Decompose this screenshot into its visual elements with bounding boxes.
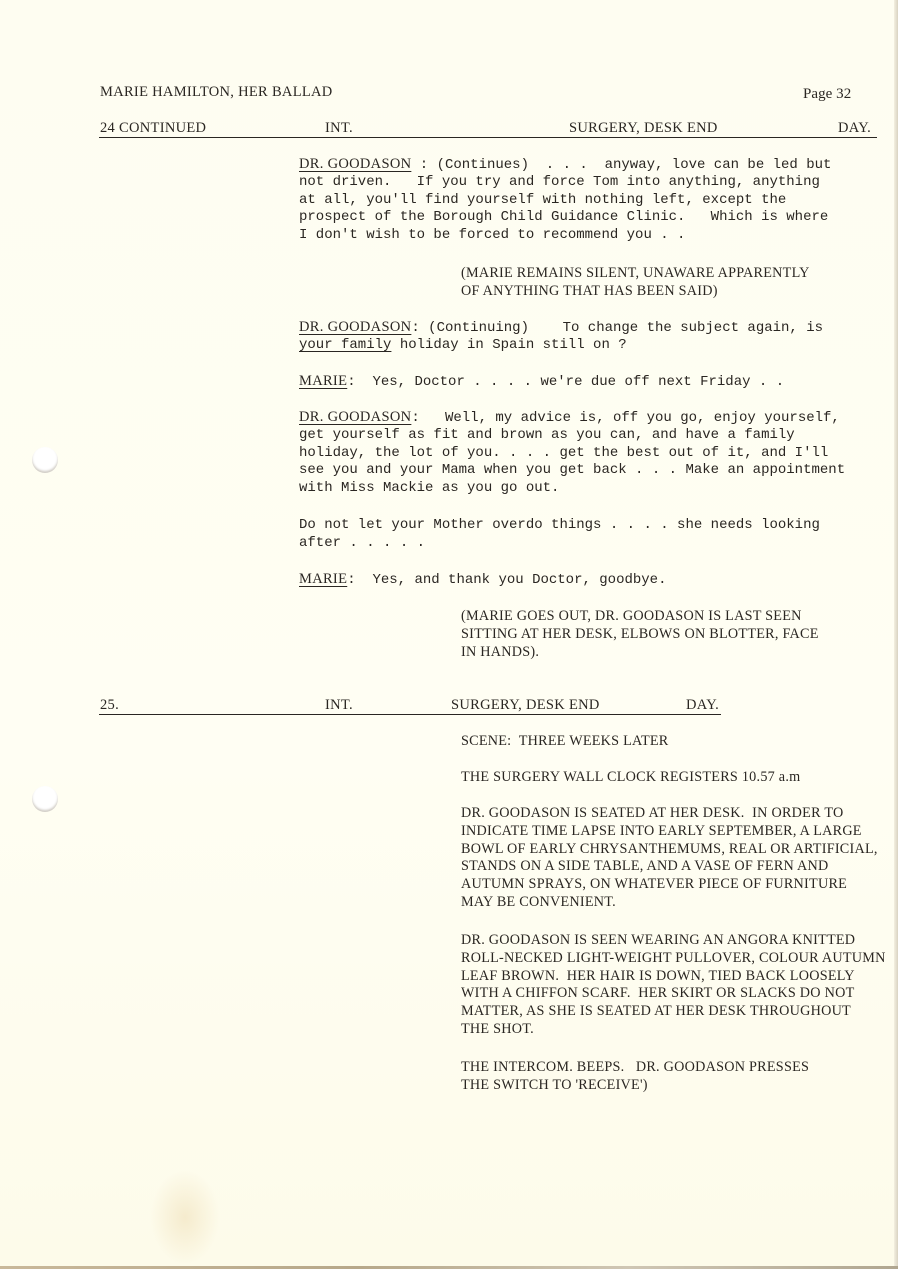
scene-description-2: DR. GOODASON IS SEEN WEARING AN ANGORA K… — [461, 932, 886, 1039]
page-number: Page 32 — [803, 86, 851, 104]
speaker-name: DR. GOODASON — [299, 319, 411, 335]
speaker-name: DR. GOODASON — [299, 156, 411, 172]
punch-hole-top — [32, 447, 58, 473]
dialogue-marie-1: MARIE: Yes, Doctor . . . . we're due off… — [299, 373, 784, 391]
scene-number: 25. — [100, 697, 119, 715]
script-page: MARIE HAMILTON, HER BALLAD Page 32 24 CO… — [0, 0, 898, 1269]
scene-int: INT. — [325, 697, 353, 715]
speaker-name: DR. GOODASON — [299, 409, 411, 425]
scene-description-1: DR. GOODASON IS SEATED AT HER DESK. IN O… — [461, 805, 878, 912]
paper-stain — [150, 1170, 220, 1265]
scene-number: 24 CONTINUED — [100, 120, 206, 138]
dialogue-marie-2: MARIE: Yes, and thank you Doctor, goodby… — [299, 571, 667, 589]
stage-direction-2: (MARIE GOES OUT, DR. GOODASON IS LAST SE… — [461, 608, 819, 661]
dialogue-goodason-3: DR. GOODASON: Well, my advice is, off yo… — [299, 409, 845, 498]
scene-time: DAY. — [838, 120, 871, 138]
script-title: MARIE HAMILTON, HER BALLAD — [100, 84, 333, 102]
punch-hole-bottom — [32, 786, 58, 812]
paper-edge-right — [894, 0, 898, 1269]
speaker-name: MARIE — [299, 571, 347, 587]
scene-note: SCENE: THREE WEEKS LATER — [461, 733, 669, 751]
dialogue-goodason-4: Do not let your Mother overdo things . .… — [299, 517, 820, 553]
scene-heading-rule — [99, 714, 721, 715]
scene-description-3: THE INTERCOM. BEEPS. DR. GOODASON PRESSE… — [461, 1059, 809, 1095]
speaker-name: MARIE — [299, 373, 347, 389]
dialogue-goodason-1: DR. GOODASON : (Continues) . . . anyway,… — [299, 156, 831, 245]
scene-int: INT. — [325, 120, 353, 138]
scene-time: DAY. — [686, 697, 719, 715]
clock-note: THE SURGERY WALL CLOCK REGISTERS 10.57 a… — [461, 769, 800, 787]
scene-location: SURGERY, DESK END — [569, 120, 718, 138]
dialogue-goodason-2: DR. GOODASON: (Continuing) To change the… — [299, 319, 823, 355]
stage-direction-1: (MARIE REMAINS SILENT, UNAWARE APPARENTL… — [461, 265, 810, 301]
scene-heading-rule — [99, 137, 877, 138]
scene-location: SURGERY, DESK END — [451, 697, 600, 715]
